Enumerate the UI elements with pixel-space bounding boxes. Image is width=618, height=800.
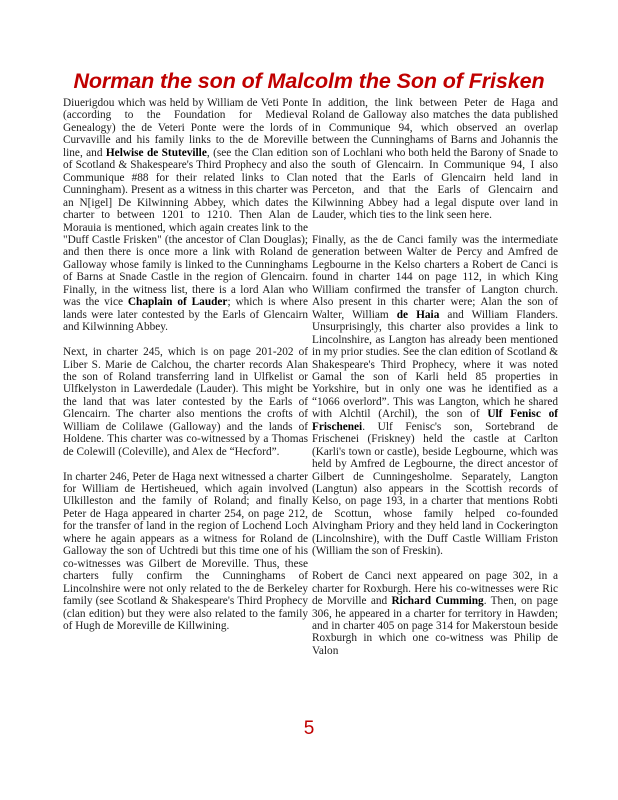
text-run: , (see the Clan edition of Scotland & Sh…	[63, 147, 308, 308]
page-title: Norman the son of Malcolm the Son of Fri…	[0, 68, 618, 94]
left-paragraph-2: Next, in charter 245, which is on page 2…	[63, 346, 308, 458]
right-paragraph-2: Finally, as the de Canci family was the …	[312, 234, 558, 558]
text-run: and William Flanders. Unsurprisingly, th…	[312, 309, 558, 421]
bold-name-richard-cumming: Richard Cumming	[392, 595, 484, 607]
right-paragraph-1: In addition, the link between Peter de H…	[312, 97, 558, 222]
text-run: . Ulf Fenisc's son, Sortebrand de Frisch…	[312, 421, 558, 558]
left-paragraph-3: In charter 246, Peter de Haga next witne…	[63, 471, 308, 633]
left-column: Diuerigdou which was held by William de …	[63, 97, 308, 632]
bold-name-de-haia: de Haia	[397, 309, 440, 321]
page-number: 5	[0, 718, 618, 740]
right-paragraph-3: Robert de Canci next appeared on page 30…	[312, 570, 558, 657]
right-column: In addition, the link between Peter de H…	[312, 97, 558, 657]
text-run: Finally, as the de Canci family was the …	[312, 234, 558, 321]
bold-name-chaplain-of-lauder: Chaplain of Lauder	[128, 296, 228, 308]
bold-name-helwise-de-stuteville: Helwise de Stuteville	[106, 147, 207, 159]
left-paragraph-1: Diuerigdou which was held by William de …	[63, 97, 308, 334]
